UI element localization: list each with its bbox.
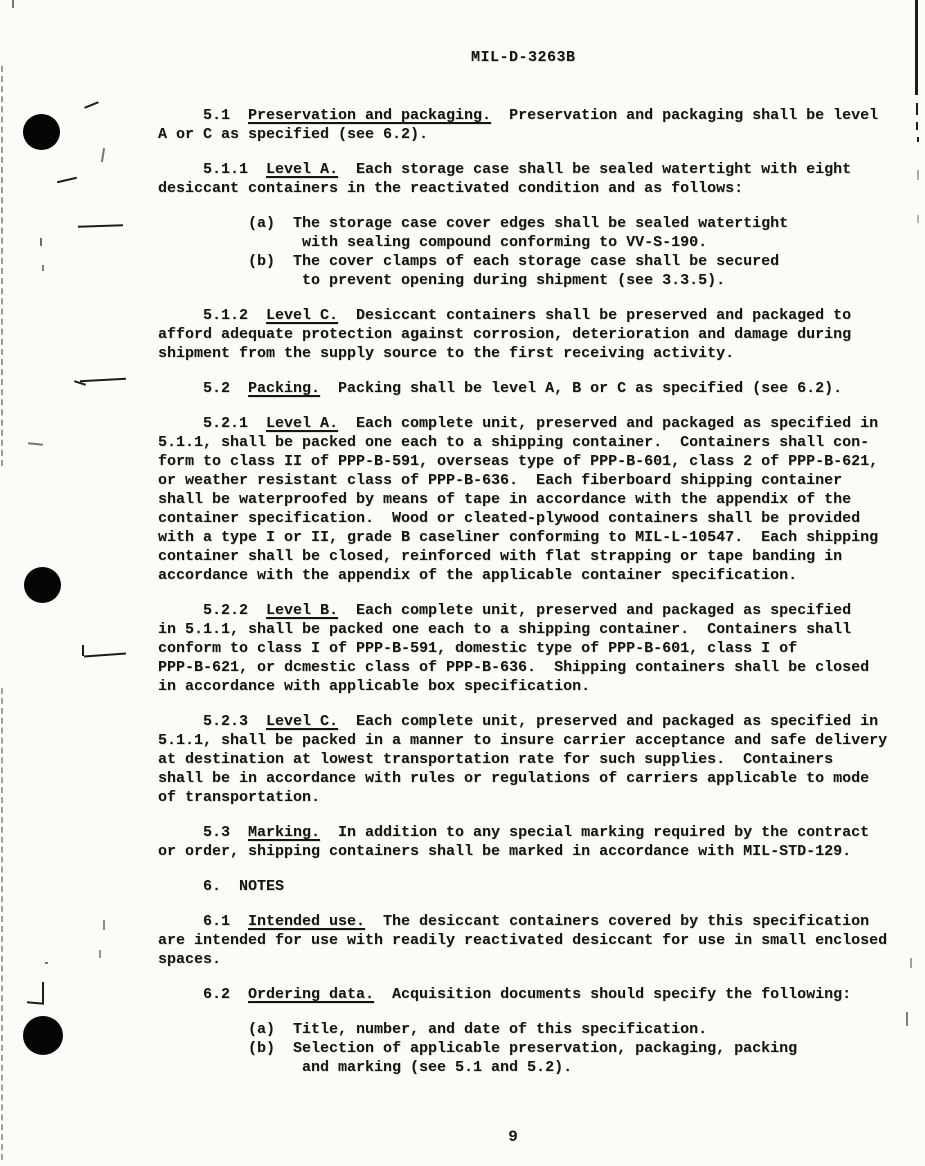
left-edge-dashed-line [1,688,3,1160]
page-number: 9 [158,1128,868,1146]
para-5-1: 5.1 Preservation and packaging. Preserva… [158,106,918,144]
para-5-3: 5.3 Marking. In addition to any special … [158,823,918,861]
section-title: Level A. [266,161,338,178]
margin-scribble [80,378,126,382]
section-number: 5.2.2 [158,602,266,619]
margin-scribble [42,265,44,271]
margin-scribble [101,148,105,162]
section-title: Marking. [248,824,320,841]
margin-scribble [40,238,42,246]
para-5-2: 5.2 Packing. Packing shall be level A, B… [158,379,918,398]
section-title: Level B. [266,602,338,619]
heading-notes: 6. NOTES [158,877,918,896]
section-text: Packing shall be level A, B or C as spec… [320,380,842,397]
para-6-1: 6.1 Intended use. The desiccant containe… [158,912,918,969]
right-edge-dash [917,215,919,223]
section-number: 5.1 [158,107,248,124]
list-5-1-1: (a) The storage case cover edges shall b… [158,214,918,290]
scanned-document-page: MIL-D-3263B 5.1 Preservation and packagi… [0,0,925,1166]
margin-scribble [28,442,43,446]
section-title: Preservation and packaging. [248,107,491,124]
punch-hole-top [23,114,60,150]
section-number: 5.1.1 [158,161,266,178]
punch-hole-middle [24,567,61,603]
section-number: 5.2.3 [158,713,266,730]
margin-scribble [45,962,48,964]
right-edge-dash [916,122,918,130]
section-number: 5.1.2 [158,307,266,324]
margin-scribble [82,645,84,656]
para-5-1-2: 5.1.2 Level C. Desiccant containers shal… [158,306,918,363]
document-body: 5.1 Preservation and packaging. Preserva… [158,106,918,1093]
list-6-2: (a) Title, number, and date of this spec… [158,1020,918,1077]
list-text: (a) The storage case cover edges shall b… [158,215,788,289]
margin-scribble [84,653,126,658]
section-text: 6. NOTES [158,878,284,895]
para-5-2-1: 5.2.1 Level A. Each complete unit, prese… [158,414,918,585]
para-6-2: 6.2 Ordering data. Acquisition documents… [158,985,918,1004]
margin-scribble [103,920,105,930]
section-title: Level C. [266,713,338,730]
para-5-2-2: 5.2.2 Level B. Each complete unit, prese… [158,601,918,696]
section-number: 5.2 [158,380,248,397]
right-edge-dash [906,1012,908,1026]
margin-scribble [99,950,101,958]
section-title: Packing. [248,380,320,397]
left-edge-dashed-line [1,66,3,466]
right-edge-line [915,0,918,95]
section-number: 6.1 [158,913,248,930]
margin-scribble [78,224,123,228]
section-number: 5.3 [158,824,248,841]
section-text: Each complete unit, preserved and packag… [158,415,878,584]
list-text: (a) Title, number, and date of this spec… [158,1021,797,1076]
margin-scribble [57,177,77,183]
section-title: Level C. [266,307,338,324]
para-5-2-3: 5.2.3 Level C. Each complete unit, prese… [158,712,918,807]
margin-scribble [27,1001,44,1004]
margin-scribble [12,0,14,8]
section-number: 6.2 [158,986,248,1003]
right-edge-dash [916,103,918,115]
section-title: Intended use. [248,913,365,930]
right-edge-dash [917,137,919,142]
margin-scribble [42,982,44,1003]
right-edge-dash [910,958,912,968]
punch-hole-bottom [23,1016,63,1055]
section-number: 5.2.1 [158,415,266,432]
para-5-1-1: 5.1.1 Level A. Each storage case shall b… [158,160,918,198]
right-edge-dash [917,170,919,180]
section-title: Ordering data. [248,986,374,1003]
section-text: Acquisition documents should specify the… [374,986,851,1003]
margin-scribble [84,101,99,108]
section-title: Level A. [266,415,338,432]
document-id-header: MIL-D-3263B [471,49,576,66]
